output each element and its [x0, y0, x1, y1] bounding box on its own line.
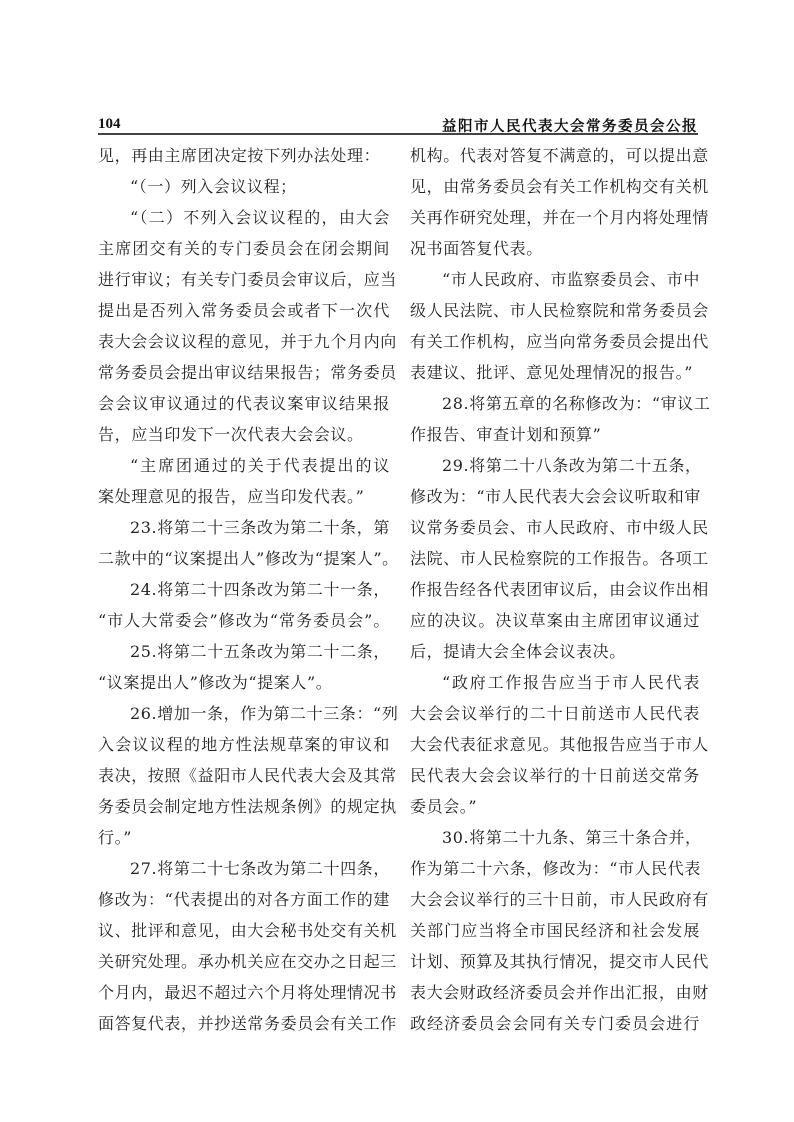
text-line: 关部门应当将全市国民经济和社会发展: [410, 915, 700, 946]
text-line: 提出是否列入常务委员会或者下一次代: [98, 295, 390, 326]
text-line: “市人大常委会”修改为“常务委员会”。: [98, 605, 390, 636]
text-line: 27.将第二十七条改为第二十四条，: [98, 853, 390, 884]
text-line: 告，应当印发下一次代表大会会议。: [98, 419, 390, 450]
text-line: 大会会议举行的二十日前送市人民代表: [410, 698, 700, 729]
text-line: 行。”: [98, 822, 390, 853]
text-line: 案处理意见的报告，应当印发代表。”: [98, 481, 390, 512]
text-line: 修改为：“市人民代表大会会议听取和审: [410, 481, 700, 512]
text-line: 29.将第二十八条改为第二十五条，: [410, 450, 700, 481]
text-line: “议案提出人”修改为“提案人”。: [98, 667, 390, 698]
text-line: 24.将第二十四条改为第二十一条，: [98, 574, 390, 605]
text-line: 大会会议举行的三十日前，市人民政府有: [410, 884, 700, 915]
running-header: 104 益阳市人民代表大会常务委员会公报: [98, 112, 698, 134]
text-line: 作报告经各代表团审议后，由会议作出相: [410, 574, 700, 605]
text-line: 表建议、批评、意见处理情况的报告。”: [410, 357, 700, 388]
text-line: 委员会。”: [410, 791, 700, 822]
text-line: 法院、市人民检察院的工作报告。各项工: [410, 543, 700, 574]
text-line: 面答复代表，并抄送常务委员会有关工作: [98, 1008, 390, 1039]
text-line: 机构。代表对答复不满意的，可以提出意: [410, 140, 700, 171]
text-line: 表大会财政经济委员会并作出汇报，由财: [410, 977, 700, 1008]
text-line: 民代表大会会议举行的十日前送交常务: [410, 760, 700, 791]
text-line: “（二）不列入会议议程的，由大会: [98, 202, 390, 233]
text-line: 政经济委员会会同有关专门委员会进行: [410, 1008, 700, 1039]
text-line: “（一）列入会议议程；: [98, 171, 390, 202]
right-column: 机构。代表对答复不满意的，可以提出意见，由常务委员会有关工作机构交有关机关再作研…: [410, 140, 700, 1039]
page-number: 104: [98, 116, 121, 133]
text-line: 28.将第五章的名称修改为：“审议工: [410, 388, 700, 419]
text-line: 30.将第二十九条、第三十条合并，: [410, 822, 700, 853]
text-line: 务委员会制定地方性法规条例》的规定执: [98, 791, 390, 822]
text-line: 修改为：“代表提出的对各方面工作的建: [98, 884, 390, 915]
text-line: 议、批评和意见，由大会秘书处交有关机: [98, 915, 390, 946]
text-line: 大会代表征求意见。其他报告应当于市人: [410, 729, 700, 760]
text-line: 表大会会议议程的意见，并于九个月内向: [98, 326, 390, 357]
text-line: 主席团交有关的专门委员会在闭会期间: [98, 233, 390, 264]
text-line: “政府工作报告应当于市人民代表: [410, 667, 700, 698]
text-line: 23.将第二十三条改为第二十条，第: [98, 512, 390, 543]
text-line: 应的决议。决议草案由主席团审议通过: [410, 605, 700, 636]
left-column: 见，再由主席团决定按下列办法处理：“（一）列入会议议程；“（二）不列入会议议程的…: [98, 140, 390, 1039]
text-line: 常务委员会提出审议结果报告；常务委员: [98, 357, 390, 388]
text-line: 关研究处理。承办机关应在交办之日起三: [98, 946, 390, 977]
text-line: 会会议审议通过的代表议案审议结果报: [98, 388, 390, 419]
header-rule: [98, 133, 698, 135]
text-line: 况书面答复代表。: [410, 233, 700, 264]
text-line: 计划、预算及其执行情况，提交市人民代: [410, 946, 700, 977]
text-line: 见，由常务委员会有关工作机构交有关机: [410, 171, 700, 202]
text-line: 关再作研究处理，并在一个月内将处理情: [410, 202, 700, 233]
text-line: “市人民政府、市监察委员会、市中: [410, 264, 700, 295]
text-line: 级人民法院、市人民检察院和常务委员会: [410, 295, 700, 326]
text-line: 入会议议程的地方性法规草案的审议和: [98, 729, 390, 760]
text-line: 作报告、审查计划和预算”: [410, 419, 700, 450]
text-line: 议常务委员会、市人民政府、市中级人民: [410, 512, 700, 543]
text-line: 个月内，最迟不超过六个月将处理情况书: [98, 977, 390, 1008]
text-line: 进行审议；有关专门委员会审议后，应当: [98, 264, 390, 295]
text-line: 作为第二十六条，修改为：“市人民代表: [410, 853, 700, 884]
text-line: “主席团通过的关于代表提出的议: [98, 450, 390, 481]
text-line: 25.将第二十五条改为第二十二条，: [98, 636, 390, 667]
text-line: 有关工作机构，应当向常务委员会提出代: [410, 326, 700, 357]
text-line: 后，提请大会全体会议表决。: [410, 636, 700, 667]
text-line: 表决，按照《益阳市人民代表大会及其常: [98, 760, 390, 791]
text-line: 二款中的“议案提出人”修改为“提案人”。: [98, 543, 390, 574]
text-line: 见，再由主席团决定按下列办法处理：: [98, 140, 390, 171]
text-line: 26.增加一条，作为第二十三条：“列: [98, 698, 390, 729]
